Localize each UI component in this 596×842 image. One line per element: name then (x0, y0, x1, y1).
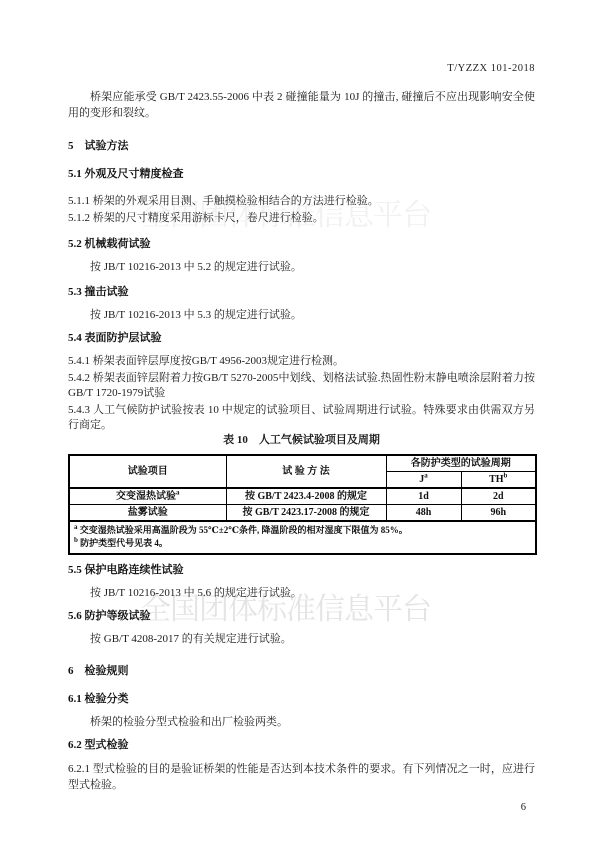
test-item-footnote-marker: a (176, 488, 180, 496)
table-row: 盐雾试验 按 GB/T 2423.17-2008 的规定 48h 96h (69, 504, 536, 521)
cell-test-method: 按 GB/T 2423.17-2008 的规定 (226, 504, 386, 521)
section-5-4-heading: 5.4 表面防护层试验 (68, 332, 535, 345)
table10-header-method: 试 验 方 法 (226, 455, 386, 488)
footnote-b: b 防护类型代号见表 4。 (74, 537, 531, 550)
section-6-heading: 6 检验规则 (68, 665, 535, 678)
section-6-2-heading: 6.2 型式检验 (68, 739, 535, 752)
section-5-3-heading: 5.3 撞击试验 (68, 286, 535, 299)
paragraph-5-1-1: 5.1.1 桥架的外观采用目测、手触摸检验相结合的方法进行检验。 (68, 194, 535, 210)
table-row: 交变湿热试验a 按 GB/T 2423.4-2008 的规定 1d 2d (69, 488, 536, 505)
table-10-artificial-climate-tests: 试验项目 试 验 方 法 各防护类型的试验周期 Ja THb 交变湿热试验a 按… (68, 454, 537, 555)
table10-footnote-row: a 交变湿热试验采用高温阶段为 55℃±2℃条件, 降温阶段的相对湿度下限值为 … (69, 521, 536, 554)
paragraph-5-2: 按 JB/T 10216-2013 中 5.2 的规定进行试验。 (68, 260, 535, 276)
section-5-2-heading: 5.2 机械载荷试验 (68, 238, 535, 251)
section-5-6-heading: 5.6 防护等级试验 (68, 610, 535, 623)
cell-test-method: 按 GB/T 2423.4-2008 的规定 (226, 488, 386, 505)
cell-period-j: 48h (386, 504, 461, 521)
cell-period-th: 96h (461, 504, 536, 521)
table10-header-row-1: 试验项目 试 验 方 法 各防护类型的试验周期 (69, 455, 536, 472)
table10-header-col-th: THb (461, 471, 536, 488)
standard-code: T/YZZX 101-2018 (68, 62, 535, 75)
col-th-footnote-marker: b (504, 471, 508, 479)
paragraph-6-2-1: 6.2.1 型式检验的目的是验证桥架的性能是否达到本技术条件的要求。有下列情况之… (68, 762, 535, 793)
paragraph-6-1: 桥架的检验分型式检验和出厂检验两类。 (68, 715, 535, 731)
table10-header-col-j: Ja (386, 471, 461, 488)
table10-caption: 表 10 人工气候试验项目及周期 (68, 434, 535, 447)
paragraph-5-6: 按 GB/T 4208-2017 的有关规定进行试验。 (68, 632, 535, 648)
col-th-label: TH (489, 474, 503, 485)
footnote-a-text: 交变湿热试验采用高温阶段为 55℃±2℃条件, 降温阶段的相对湿度下限值为 85… (80, 525, 408, 535)
page-content: T/YZZX 101-2018 桥架应能承受 GB/T 2423.55-2006… (0, 0, 596, 814)
footnote-a-marker: a (74, 523, 78, 531)
cell-test-item: 交变湿热试验a (69, 488, 226, 505)
section-5-heading: 5 试验方法 (68, 140, 535, 153)
paragraph-5-1-2: 5.1.2 桥架的尺寸精度采用游标卡尺，卷尺进行检验。 (68, 211, 535, 227)
footnote-a: a 交变湿热试验采用高温阶段为 55℃±2℃条件, 降温阶段的相对湿度下限值为 … (74, 524, 531, 537)
footnote-b-marker: b (74, 536, 78, 544)
table10-header-period-group: 各防护类型的试验周期 (386, 455, 536, 472)
test-item-text: 交变湿热试验 (116, 491, 176, 502)
paragraph-5-3: 按 JB/T 10216-2013 中 5.3 的规定进行试验。 (68, 308, 535, 324)
cell-test-item: 盐雾试验 (69, 504, 226, 521)
paragraph-5-5: 按 JB/T 10216-2013 中 5.6 的规定进行试验。 (68, 586, 535, 602)
test-item-text: 盐雾试验 (128, 507, 168, 518)
paragraph-5-4-2: 5.4.2 桥架表面锌层附着力按GB/T 5270-2005中划线、划格法试验.… (68, 371, 535, 402)
section-5-1-heading: 5.1 外观及尺寸精度检查 (68, 168, 535, 181)
cell-period-th: 2d (461, 488, 536, 505)
section-6-1-heading: 6.1 检验分类 (68, 693, 535, 706)
document-page: 全国团体标准信息平台 全国团体标准信息平台 T/YZZX 101-2018 桥架… (0, 0, 596, 842)
section-5-5-heading: 5.5 保护电路连续性试验 (68, 564, 535, 577)
paragraph-impact-requirement: 桥架应能承受 GB/T 2423.55-2006 中表 2 碰撞能量为 10J … (68, 90, 535, 121)
col-j-footnote-marker: a (424, 471, 428, 479)
footnote-b-text: 防护类型代号见表 4。 (80, 538, 168, 548)
cell-period-j: 1d (386, 488, 461, 505)
paragraph-5-4-3: 5.4.3 人工气候防护试验按表 10 中规定的试验项目、试验周期进行试验。特殊… (68, 403, 535, 434)
table10-footnotes: a 交变湿热试验采用高温阶段为 55℃±2℃条件, 降温阶段的相对湿度下限值为 … (69, 521, 536, 554)
table10-header-item: 试验项目 (69, 455, 226, 488)
page-number: 6 (68, 801, 535, 814)
paragraph-5-4-1: 5.4.1 桥架表面锌层厚度按GB/T 4956-2003规定进行检测。 (68, 354, 535, 370)
